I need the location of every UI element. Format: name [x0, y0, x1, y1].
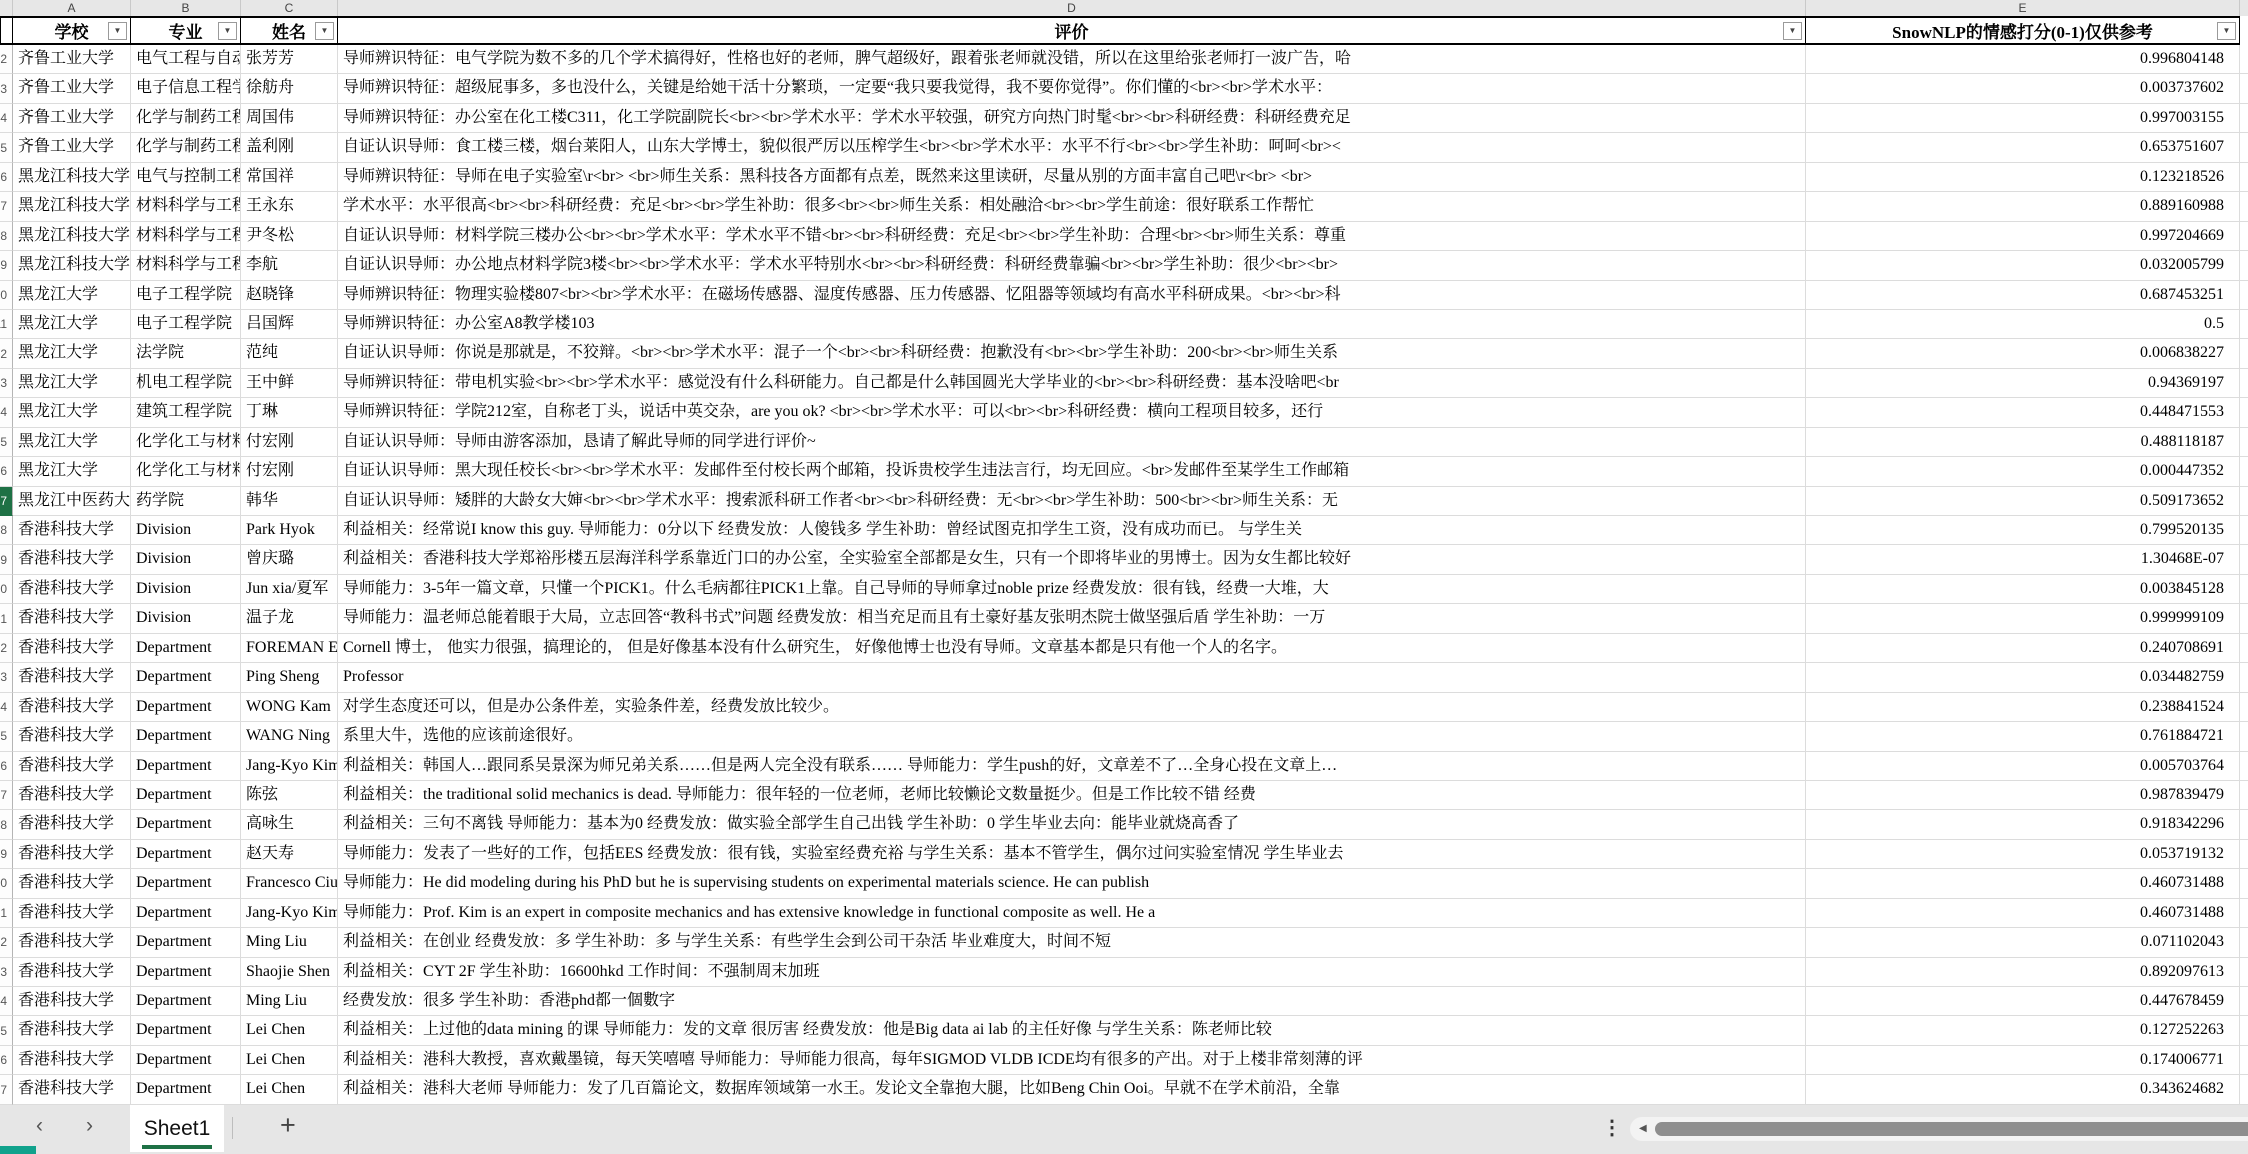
cell-score[interactable]: 0.174006771: [1806, 1046, 2240, 1075]
cell-major[interactable]: Department: [131, 928, 241, 957]
sheet-row: 16黑龙江大学化学化工与材料学院付宏刚自证认识导师：黑大现任校长<br><br>…: [0, 457, 2248, 486]
cell-school[interactable]: 香港科技大学: [13, 663, 131, 692]
scroll-left-icon[interactable]: ◀: [1639, 1123, 1647, 1134]
table-header-row: 学校 ▼ 专业 ▼ 姓名 ▼ 评价 ▼ SnowNLP的情感打分(0-1)仅供参…: [0, 16, 2248, 45]
header-major[interactable]: 专业 ▼: [131, 16, 241, 45]
cell-filler: [2240, 251, 2248, 280]
filter-dropdown-icon[interactable]: ▼: [218, 22, 237, 40]
cell-name[interactable]: 付宏刚: [241, 428, 338, 457]
cell-name[interactable]: 周国伟: [241, 104, 338, 133]
cell-school[interactable]: 香港科技大学: [13, 752, 131, 781]
cell-filler: [2240, 1075, 2248, 1104]
header-major-label: 专业: [169, 18, 203, 43]
horizontal-scrollbar-thumb[interactable]: [1655, 1122, 2248, 1136]
cell-name[interactable]: Ming Liu: [241, 987, 338, 1016]
sheet-row: 24香港科技大学DepartmentWONG Kam对学生态度还可以，但是办公条…: [0, 693, 2248, 722]
cell-filler: [2240, 428, 2248, 457]
cell-score[interactable]: 0.918342296: [1806, 810, 2240, 839]
cell-major[interactable]: Department: [131, 840, 241, 869]
cell-review[interactable]: 导师辨识特征：超级屁事多，多也没什么，关键是给她干活十分繁琐，一定要“我只要我觉…: [338, 74, 1806, 103]
cell-review[interactable]: 利益相关：上过他的data mining 的课 导师能力：发的文章 很厉害 经费…: [338, 1016, 1806, 1045]
row-number[interactable]: 31: [0, 899, 13, 928]
column-letter-d[interactable]: D: [338, 0, 1806, 16]
cell-review[interactable]: 导师辨识特征：办公室在化工楼C311，化工学院副院长<br><br>学术水平：学…: [338, 104, 1806, 133]
cell-major[interactable]: 材料科学与工程学院: [131, 192, 241, 221]
row-number[interactable]: 6: [0, 163, 13, 192]
cell-filler: [2240, 1016, 2248, 1045]
cell-school[interactable]: 齐鲁工业大学: [13, 45, 131, 74]
row-number[interactable]: 17: [0, 487, 13, 516]
cell-review[interactable]: 导师辨识特征：带电机实验<br><br>学术水平：感觉没有什么科研能力。自己都是…: [338, 369, 1806, 398]
cell-name[interactable]: Francesco Ciucci: [241, 869, 338, 898]
cell-school[interactable]: 黑龙江大学: [13, 428, 131, 457]
cell-name[interactable]: 丁琳: [241, 398, 338, 427]
cell-major[interactable]: Department: [131, 663, 241, 692]
cell-major[interactable]: 机电工程学院: [131, 369, 241, 398]
sheet-row: 3齐鲁工业大学电子信息工程学院徐舫舟导师辨识特征：超级屁事多，多也没什么，关键是…: [0, 74, 2248, 103]
cell-name[interactable]: 曾庆璐: [241, 545, 338, 574]
cell-score[interactable]: 0.343624682: [1806, 1075, 2240, 1104]
cell-school[interactable]: 黑龙江大学: [13, 339, 131, 368]
cell-major[interactable]: 化学化工与材料学院: [131, 428, 241, 457]
cell-major[interactable]: Department: [131, 1075, 241, 1104]
row-number[interactable]: 30: [0, 869, 13, 898]
cell-filler: [2240, 398, 2248, 427]
horizontal-scrollbar[interactable]: ◀: [1630, 1117, 2248, 1141]
sheet-row: 6黑龙江科技大学电气与控制工程学院常国祥导师辨识特征：导师在电子实验室\r<br…: [0, 163, 2248, 192]
cell-score[interactable]: 0.123218526: [1806, 163, 2240, 192]
cell-school[interactable]: 香港科技大学: [13, 1046, 131, 1075]
cell-review[interactable]: 自证认识导师：食工楼三楼，烟台莱阳人，山东大学博士，貌似很严厉以压榨学生<br>…: [338, 133, 1806, 162]
cell-score[interactable]: 0.997003155: [1806, 104, 2240, 133]
row-number[interactable]: 7: [0, 192, 13, 221]
sheet-row: 12黑龙江大学法学院范纯自证认识导师：你说是那就是，不狡辩。<br><br>学术…: [0, 339, 2248, 368]
sheet-row: 35香港科技大学DepartmentLei Chen利益相关：上过他的data …: [0, 1016, 2248, 1045]
cell-name[interactable]: 温子龙: [241, 604, 338, 633]
cell-major[interactable]: 建筑工程学院: [131, 398, 241, 427]
cell-school[interactable]: 香港科技大学: [13, 781, 131, 810]
cell-major[interactable]: Department: [131, 899, 241, 928]
cell-school[interactable]: 黑龙江大学: [13, 369, 131, 398]
cell-score[interactable]: 0.509173652: [1806, 487, 2240, 516]
row-number[interactable]: 22: [0, 634, 13, 663]
cell-filler: [2240, 752, 2248, 781]
cell-school[interactable]: 黑龙江大学: [13, 281, 131, 310]
cell-major[interactable]: Division: [131, 516, 241, 545]
filter-dropdown-icon[interactable]: ▼: [108, 22, 127, 40]
row-number[interactable]: 12: [0, 339, 13, 368]
cell-score[interactable]: 0.071102043: [1806, 928, 2240, 957]
cell-major[interactable]: Division: [131, 545, 241, 574]
cell-score[interactable]: 0.799520135: [1806, 516, 2240, 545]
cell-name[interactable]: WONG Kam: [241, 693, 338, 722]
cell-name[interactable]: Ming Liu: [241, 928, 338, 957]
row-number[interactable]: 26: [0, 752, 13, 781]
header-review[interactable]: 评价 ▼: [338, 16, 1806, 45]
cell-score[interactable]: 0.94369197: [1806, 369, 2240, 398]
cell-review[interactable]: 利益相关：韩国人…跟同系吴景深为师兄弟关系……但是两人完全没有联系…… 导师能力…: [338, 752, 1806, 781]
cell-score[interactable]: 0.653751607: [1806, 133, 2240, 162]
header-name[interactable]: 姓名 ▼: [241, 16, 338, 45]
cell-score[interactable]: 0.005703764: [1806, 752, 2240, 781]
cell-school[interactable]: 香港科技大学: [13, 545, 131, 574]
cell-school[interactable]: 香港科技大学: [13, 869, 131, 898]
cell-review[interactable]: 自证认识导师：黑大现任校长<br><br>学术水平：发邮件至付校长两个邮箱，投诉…: [338, 457, 1806, 486]
cell-score[interactable]: 0.460731488: [1806, 899, 2240, 928]
cell-filler: [2240, 869, 2248, 898]
row-number[interactable]: 3: [0, 74, 13, 103]
cell-filler: [2240, 104, 2248, 133]
cell-major[interactable]: 化学与制药工程学院: [131, 104, 241, 133]
cell-score[interactable]: 0.997204669: [1806, 222, 2240, 251]
cell-filler: [2240, 634, 2248, 663]
cell-major[interactable]: 化学化工与材料学院: [131, 457, 241, 486]
cell-major[interactable]: Division: [131, 604, 241, 633]
cell-filler: [2240, 339, 2248, 368]
cell-major[interactable]: 材料科学与工程学院: [131, 222, 241, 251]
cell-major[interactable]: 化学与制药工程学院: [131, 133, 241, 162]
cell-score[interactable]: 0.003737602: [1806, 74, 2240, 103]
sheet-row: 29香港科技大学Department赵天寿导师能力：发表了一些好的工作，包括EE…: [0, 840, 2248, 869]
sheet-row: 11黑龙江大学电子工程学院吕国辉导师辨识特征：办公室A8教学楼1030.5: [0, 310, 2248, 339]
cell-review[interactable]: 利益相关：港科大老师 导师能力：发了几百篇论文，数据库领域第一水王。发论文全靠抱…: [338, 1075, 1806, 1104]
cell-major[interactable]: Department: [131, 781, 241, 810]
cell-school[interactable]: 香港科技大学: [13, 575, 131, 604]
header-score[interactable]: SnowNLP的情感打分(0-1)仅供参考 ▼: [1806, 16, 2240, 45]
cell-name[interactable]: FOREMAN E: [241, 634, 338, 663]
cell-school[interactable]: 黑龙江科技大学: [13, 192, 131, 221]
cell-major[interactable]: Division: [131, 575, 241, 604]
cell-school[interactable]: 香港科技大学: [13, 899, 131, 928]
cell-score[interactable]: 0.761884721: [1806, 722, 2240, 751]
cell-school[interactable]: 齐鲁工业大学: [13, 133, 131, 162]
cell-review[interactable]: 自证认识导师：办公地点材料学院3楼<br><br>学术水平：学术水平特别水<br…: [338, 251, 1806, 280]
row-number[interactable]: 13: [0, 369, 13, 398]
cell-review[interactable]: 导师能力：Prof. Kim is an expert in composite…: [338, 899, 1806, 928]
tab-sheet1-label: Sheet1: [144, 1117, 211, 1141]
spreadsheet-app: A B C D E 学校 ▼ 专业 ▼ 姓名 ▼ 评价 ▼ SnowNLP的情感…: [0, 0, 2248, 1154]
cell-name[interactable]: 范纯: [241, 339, 338, 368]
filter-dropdown-icon[interactable]: ▼: [2217, 22, 2236, 40]
cell-name[interactable]: 王中鲜: [241, 369, 338, 398]
cell-filler: [2240, 133, 2248, 162]
row-number[interactable]: 35: [0, 1016, 13, 1045]
column-letter-b[interactable]: B: [131, 0, 241, 16]
header-name-label: 姓名: [272, 18, 306, 43]
cell-name[interactable]: Jun xia/夏军: [241, 575, 338, 604]
cell-score[interactable]: 0.006838227: [1806, 339, 2240, 368]
cell-name[interactable]: 常国祥: [241, 163, 338, 192]
cell-review[interactable]: 利益相关：CYT 2F 学生补助：16600hkd 工作时间：不强制周末加班: [338, 958, 1806, 987]
cell-name[interactable]: 尹冬松: [241, 222, 338, 251]
row-number[interactable]: 28: [0, 810, 13, 839]
cell-major[interactable]: 法学院: [131, 339, 241, 368]
cell-filler: [2240, 45, 2248, 74]
cell-score[interactable]: 0.999999109: [1806, 604, 2240, 633]
sheet-grid: 2齐鲁工业大学电气工程与自动化学院张芳芳导师辨识特征：电气学院为数不多的几个学术…: [0, 45, 2248, 1105]
cell-school[interactable]: 黑龙江科技大学: [13, 222, 131, 251]
cell-name[interactable]: Jang-Kyo Kim: [241, 752, 338, 781]
cell-school[interactable]: 香港科技大学: [13, 1075, 131, 1104]
cell-school[interactable]: 香港科技大学: [13, 634, 131, 663]
cell-review[interactable]: 导师辨识特征：物理实验楼807<br><br>学术水平：在磁场传感器、湿度传感器…: [338, 281, 1806, 310]
cell-filler: [2240, 693, 2248, 722]
cell-review[interactable]: Professor: [338, 663, 1806, 692]
filter-dropdown-icon[interactable]: ▼: [1783, 22, 1802, 40]
cell-name[interactable]: WANG Ning: [241, 722, 338, 751]
cell-filler: [2240, 487, 2248, 516]
row-number[interactable]: 24: [0, 693, 13, 722]
cell-score[interactable]: 0.987839479: [1806, 781, 2240, 810]
cell-review[interactable]: 导师能力：发表了一些好的工作，包括EES 经费发放：很有钱，实验室经费充裕 与学…: [338, 840, 1806, 869]
cell-major[interactable]: Department: [131, 634, 241, 663]
row-number[interactable]: 11: [0, 310, 13, 339]
sheet-row: 22香港科技大学DepartmentFOREMAN ECornell 博士， 他…: [0, 634, 2248, 663]
sheet-row: 5齐鲁工业大学化学与制药工程学院盖利刚自证认识导师：食工楼三楼，烟台莱阳人，山东…: [0, 133, 2248, 162]
sheet-row: 2齐鲁工业大学电气工程与自动化学院张芳芳导师辨识特征：电气学院为数不多的几个学术…: [0, 45, 2248, 74]
cell-review[interactable]: 利益相关：港科大教授，喜欢戴墨镜，每天笑嘻嘻 导师能力：导师能力很高，每年SIG…: [338, 1046, 1806, 1075]
cell-name[interactable]: Shaojie Shen: [241, 958, 338, 987]
row-number[interactable]: 32: [0, 928, 13, 957]
select-all-corner[interactable]: [0, 0, 13, 16]
cell-review[interactable]: 利益相关：在创业 经费发放：多 学生补助：多 与学生关系：有些学生会到公司干杂活…: [338, 928, 1806, 957]
sheet-row: 18香港科技大学DivisionPark Hyok利益相关：经常说I know …: [0, 516, 2248, 545]
cell-score[interactable]: 0.127252263: [1806, 1016, 2240, 1045]
cell-score[interactable]: 0.448471553: [1806, 398, 2240, 427]
cell-review[interactable]: 利益相关：香港科技大学郑裕彤楼五层海洋科学系靠近门口的办公室，全实验室全部都是女…: [338, 545, 1806, 574]
cell-review[interactable]: 自证认识导师：你说是那就是，不狡辩。<br><br>学术水平：混子一个<br><…: [338, 339, 1806, 368]
cell-filler: [2240, 810, 2248, 839]
sheet-row: 33香港科技大学DepartmentShaojie Shen利益相关：CYT 2…: [0, 958, 2248, 987]
cell-major[interactable]: 电子信息工程学院: [131, 74, 241, 103]
cell-filler: [2240, 663, 2248, 692]
sheet-row: 37香港科技大学DepartmentLei Chen利益相关：港科大老师 导师能…: [0, 1075, 2248, 1104]
row-number[interactable]: 23: [0, 663, 13, 692]
cell-review[interactable]: 学术水平：水平很高<br><br>科研经费：充足<br><br>学生补助：很多<…: [338, 192, 1806, 221]
row-number[interactable]: 4: [0, 104, 13, 133]
cell-name[interactable]: Park Hyok: [241, 516, 338, 545]
cell-school[interactable]: 香港科技大学: [13, 693, 131, 722]
header-school[interactable]: 学校 ▼: [13, 16, 131, 45]
sheet-row: 7黑龙江科技大学材料科学与工程学院王永东学术水平：水平很高<br><br>科研经…: [0, 192, 2248, 221]
cell-name[interactable]: 李航: [241, 251, 338, 280]
cell-filler: [2240, 192, 2248, 221]
cell-name[interactable]: 高咏生: [241, 810, 338, 839]
cell-review[interactable]: 导师辨识特征：办公室A8教学楼103: [338, 310, 1806, 339]
cell-major[interactable]: Department: [131, 958, 241, 987]
row-number[interactable]: 21: [0, 604, 13, 633]
cell-major[interactable]: 电气与控制工程学院: [131, 163, 241, 192]
cell-school[interactable]: 香港科技大学: [13, 810, 131, 839]
cell-school[interactable]: 齐鲁工业大学: [13, 74, 131, 103]
cell-review[interactable]: 利益相关：经常说I know this guy. 导师能力：0分以下 经费发放：…: [338, 516, 1806, 545]
cell-name[interactable]: 赵天寿: [241, 840, 338, 869]
cell-review[interactable]: 导师辨识特征：学院212室，自称老丁头，说话中英交杂，are you ok? <…: [338, 398, 1806, 427]
cell-school[interactable]: 香港科技大学: [13, 987, 131, 1016]
cell-school[interactable]: 黑龙江科技大学: [13, 163, 131, 192]
row-number[interactable]: 8: [0, 222, 13, 251]
cell-score[interactable]: 0.000447352: [1806, 457, 2240, 486]
cell-school[interactable]: 黑龙江大学: [13, 310, 131, 339]
cell-score[interactable]: 0.889160988: [1806, 192, 2240, 221]
cell-school[interactable]: 香港科技大学: [13, 840, 131, 869]
cell-filler: [2240, 722, 2248, 751]
cell-major[interactable]: Department: [131, 869, 241, 898]
header-review-label: 评价: [1055, 18, 1089, 43]
row-number[interactable]: 36: [0, 1046, 13, 1075]
row-number[interactable]: 20: [0, 575, 13, 604]
cell-name[interactable]: Lei Chen: [241, 1016, 338, 1045]
cell-review[interactable]: 利益相关：三句不离钱 导师能力：基本为0 经费发放：做实验全部学生自己出钱 学生…: [338, 810, 1806, 839]
cell-major[interactable]: 电子工程学院: [131, 281, 241, 310]
active-tab-indicator: [142, 1145, 212, 1149]
cell-school[interactable]: 香港科技大学: [13, 1016, 131, 1045]
cell-filler: [2240, 1046, 2248, 1075]
cell-review[interactable]: 导师能力：He did modeling during his PhD but …: [338, 869, 1806, 898]
cell-score[interactable]: 0.032005799: [1806, 251, 2240, 280]
cell-score[interactable]: 1.30468E-07: [1806, 545, 2240, 574]
cell-review[interactable]: 导师辨识特征：导师在电子实验室\r<br> <br>师生关系：黑科技各方面都有点…: [338, 163, 1806, 192]
cell-review[interactable]: 自证认识导师：矮胖的大龄女大婶<br><br>学术水平：搜索派科研工作者<br>…: [338, 487, 1806, 516]
cell-major[interactable]: Department: [131, 693, 241, 722]
cell-filler: [2240, 281, 2248, 310]
cell-name[interactable]: Lei Chen: [241, 1046, 338, 1075]
cell-review[interactable]: 导师能力：3-5年一篇文章，只懂一个PICK1。什么毛病都往PICK1上靠。自己…: [338, 575, 1806, 604]
cell-school[interactable]: 黑龙江大学: [13, 398, 131, 427]
cell-name[interactable]: 徐舫舟: [241, 74, 338, 103]
column-letter-c[interactable]: C: [241, 0, 338, 16]
cell-major[interactable]: 药学院: [131, 487, 241, 516]
sheet-row: 10黑龙江大学电子工程学院赵晓锋导师辨识特征：物理实验楼807<br><br>学…: [0, 281, 2248, 310]
cell-major[interactable]: Department: [131, 987, 241, 1016]
row-number[interactable]: 10: [0, 281, 13, 310]
cell-review[interactable]: 自证认识导师：材料学院三楼办公<br><br>学术水平：学术水平不错<br><b…: [338, 222, 1806, 251]
cell-name[interactable]: 韩华: [241, 487, 338, 516]
add-sheet-button[interactable]: +: [280, 1110, 296, 1141]
column-letter-a[interactable]: A: [13, 0, 131, 16]
header-score-label: SnowNLP的情感打分(0-1)仅供参考: [1892, 18, 2153, 43]
sheet-row: 19香港科技大学Division曾庆璐利益相关：香港科技大学郑裕彤楼五层海洋科学…: [0, 545, 2248, 574]
cell-school[interactable]: 齐鲁工业大学: [13, 104, 131, 133]
row-number[interactable]: 34: [0, 987, 13, 1016]
cell-score[interactable]: 0.460731488: [1806, 869, 2240, 898]
cell-name[interactable]: 张芳芳: [241, 45, 338, 74]
cell-score[interactable]: 0.447678459: [1806, 987, 2240, 1016]
tab-sheet1[interactable]: Sheet1: [130, 1105, 224, 1152]
row-number[interactable]: 27: [0, 781, 13, 810]
cell-school[interactable]: 香港科技大学: [13, 928, 131, 957]
cell-major[interactable]: Department: [131, 810, 241, 839]
cell-school[interactable]: 黑龙江大学: [13, 457, 131, 486]
cell-name[interactable]: 赵晓锋: [241, 281, 338, 310]
cell-filler: [2240, 781, 2248, 810]
cell-score[interactable]: 0.003845128: [1806, 575, 2240, 604]
row-number[interactable]: 14: [0, 398, 13, 427]
row-number[interactable]: 37: [0, 1075, 13, 1104]
cell-score[interactable]: 0.053719132: [1806, 840, 2240, 869]
cell-major[interactable]: Department: [131, 1016, 241, 1045]
row-number[interactable]: 18: [0, 516, 13, 545]
cell-score[interactable]: 0.488118187: [1806, 428, 2240, 457]
cell-major[interactable]: 材料科学与工程学院: [131, 251, 241, 280]
column-header-strip: A B C D E: [0, 0, 2248, 16]
row-number[interactable]: 29: [0, 840, 13, 869]
cell-score[interactable]: 0.687453251: [1806, 281, 2240, 310]
sheet-row: 9黑龙江科技大学材料科学与工程学院李航自证认识导师：办公地点材料学院3楼<br>…: [0, 251, 2248, 280]
more-options-icon[interactable]: ⋮: [1602, 1115, 1622, 1140]
cell-name[interactable]: Jang-Kyo Kim: [241, 899, 338, 928]
cell-major[interactable]: Department: [131, 1046, 241, 1075]
cell-score[interactable]: 0.5: [1806, 310, 2240, 339]
cell-school[interactable]: 黑龙江科技大学: [13, 251, 131, 280]
filter-dropdown-icon[interactable]: ▼: [315, 22, 334, 40]
row-number[interactable]: 2: [0, 45, 13, 74]
cell-school[interactable]: 香港科技大学: [13, 516, 131, 545]
cell-review[interactable]: 系里大牛，选他的应该前途很好。: [338, 722, 1806, 751]
cell-name[interactable]: 吕国辉: [241, 310, 338, 339]
sheet-row: 25香港科技大学DepartmentWANG Ning系里大牛，选他的应该前途很…: [0, 722, 2248, 751]
sheet-row: 8黑龙江科技大学材料科学与工程学院尹冬松自证认识导师：材料学院三楼办公<br><…: [0, 222, 2248, 251]
cell-score[interactable]: 0.892097613: [1806, 958, 2240, 987]
cell-major[interactable]: Department: [131, 752, 241, 781]
cell-review[interactable]: Cornell 博士， 他实力很强，搞理论的， 但是好像基本没有什么研究生， 好…: [338, 634, 1806, 663]
cell-major[interactable]: 电气工程与自动化学院: [131, 45, 241, 74]
cell-name[interactable]: 盖利刚: [241, 133, 338, 162]
cell-filler: [2240, 899, 2248, 928]
row-number[interactable]: 15: [0, 428, 13, 457]
cell-school[interactable]: 香港科技大学: [13, 722, 131, 751]
next-sheet-icon[interactable]: ›: [86, 1114, 93, 1138]
cell-review[interactable]: 导师能力：温老师总能着眼于大局，立志回答“教科书式”问题 经费发放：相当充足而且…: [338, 604, 1806, 633]
prev-sheet-icon[interactable]: ‹: [36, 1114, 43, 1138]
sheet-row: 21香港科技大学Division温子龙导师能力：温老师总能着眼于大局，立志回答“…: [0, 604, 2248, 633]
cell-name[interactable]: 陈弦: [241, 781, 338, 810]
row-number[interactable]: 5: [0, 133, 13, 162]
cell-name[interactable]: 付宏刚: [241, 457, 338, 486]
cell-score[interactable]: 0.034482759: [1806, 663, 2240, 692]
cell-name[interactable]: 王永东: [241, 192, 338, 221]
cell-school[interactable]: 黑龙江中医药大学: [13, 487, 131, 516]
row-number[interactable]: 19: [0, 545, 13, 574]
column-letter-e[interactable]: E: [1806, 0, 2240, 16]
cell-filler: [2240, 958, 2248, 987]
cell-name[interactable]: Ping Sheng: [241, 663, 338, 692]
cell-score[interactable]: 0.240708691: [1806, 634, 2240, 663]
cell-school[interactable]: 香港科技大学: [13, 958, 131, 987]
cell-review[interactable]: 导师辨识特征：电气学院为数不多的几个学术搞得好，性格也好的老师，脾气超级好，跟着…: [338, 45, 1806, 74]
cell-review[interactable]: 利益相关：the traditional solid mechanics is …: [338, 781, 1806, 810]
cell-filler: [2240, 222, 2248, 251]
cell-review[interactable]: 经费发放：很多 学生补助：香港phd都一個數字: [338, 987, 1806, 1016]
cell-score[interactable]: 0.996804148: [1806, 45, 2240, 74]
row-number[interactable]: 25: [0, 722, 13, 751]
cell-school[interactable]: 香港科技大学: [13, 604, 131, 633]
sheet-row: 13黑龙江大学机电工程学院王中鲜导师辨识特征：带电机实验<br><br>学术水平…: [0, 369, 2248, 398]
header-filler: [2240, 16, 2248, 45]
cell-major[interactable]: Department: [131, 722, 241, 751]
cell-score[interactable]: 0.238841524: [1806, 693, 2240, 722]
cell-review[interactable]: 自证认识导师：导师由游客添加，恳请了解此导师的同学进行评价~: [338, 428, 1806, 457]
cell-review[interactable]: 对学生态度还可以，但是办公条件差，实验条件差，经费发放比较少。: [338, 693, 1806, 722]
sheet-row: 31香港科技大学DepartmentJang-Kyo Kim导师能力：Prof.…: [0, 899, 2248, 928]
row-number[interactable]: 9: [0, 251, 13, 280]
row-number[interactable]: 16: [0, 457, 13, 486]
row-number[interactable]: 33: [0, 958, 13, 987]
cell-major[interactable]: 电子工程学院: [131, 310, 241, 339]
sheet-row: 30香港科技大学DepartmentFrancesco Ciucci导师能力：H…: [0, 869, 2248, 898]
cell-name[interactable]: Lei Chen: [241, 1075, 338, 1104]
cell-filler: [2240, 987, 2248, 1016]
